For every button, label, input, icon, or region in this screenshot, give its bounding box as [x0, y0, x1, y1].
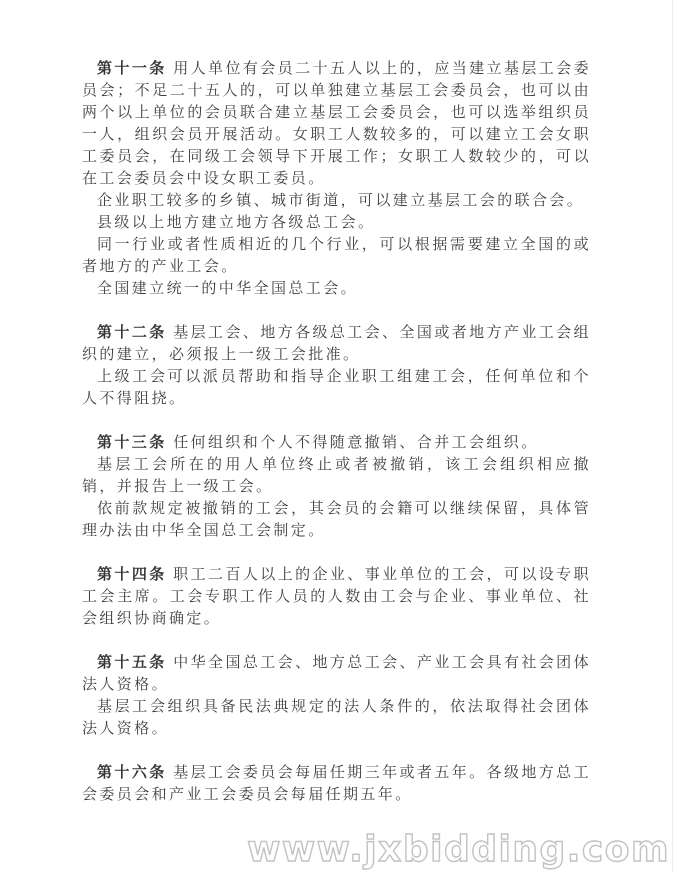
article-paragraph: 全国建立统一的中华全国总工会。 [82, 278, 591, 300]
document-content: 第十一条 用人单位有会员二十五人以上的，应当建立基层工会委员会；不足二十五人的，… [0, 0, 672, 806]
article-block: 第十六条 基层工会委员会每届任期三年或者五年。各级地方总工会委员会和产业工会委员… [82, 762, 591, 806]
article-paragraph: 第十五条 中华全国总工会、地方总工会、产业工会具有社会团体法人资格。 [82, 652, 591, 696]
article-paragraph: 企业职工较多的乡镇、城市街道，可以建立基层工会的联合会。 [82, 190, 591, 212]
article-paragraph: 第十三条 任何组织和个人不得随意撤销、合并工会组织。 [82, 432, 591, 454]
article-number: 第十六条 [97, 764, 167, 781]
article-number: 第十五条 [97, 654, 167, 671]
article-paragraph: 依前款规定被撤销的工会，其会员的会籍可以继续保留，具体管理办法由中华全国总工会制… [82, 498, 591, 542]
document-page: 第十一条 用人单位有会员二十五人以上的，应当建立基层工会委员会；不足二十五人的，… [0, 0, 673, 872]
article-paragraph: 县级以上地方建立地方各级总工会。 [82, 212, 591, 234]
article-paragraph: 基层工会所在的用人单位终止或者被撤销，该工会组织相应撤销，并报告上一级工会。 [82, 454, 591, 498]
article-paragraph: 上级工会可以派员帮助和指导企业职工组建工会，任何单位和个人不得阻挠。 [82, 366, 591, 410]
article-block: 第十二条 基层工会、地方各级总工会、全国或者地方产业工会组织的建立，必须报上一级… [82, 322, 591, 410]
article-number: 第十四条 [97, 566, 167, 583]
article-paragraph: 基层工会组织具备民法典规定的法人条件的，依法取得社会团体法人资格。 [82, 696, 591, 740]
article-paragraph: 第十二条 基层工会、地方各级总工会、全国或者地方产业工会组织的建立，必须报上一级… [82, 322, 591, 366]
article-block: 第十三条 任何组织和个人不得随意撤销、合并工会组织。基层工会所在的用人单位终止或… [82, 432, 591, 542]
watermark: www.jxbidding.com [247, 829, 670, 870]
article-paragraph: 同一行业或者性质相近的几个行业，可以根据需要建立全国的或者地方的产业工会。 [82, 234, 591, 278]
article-paragraph: 第十六条 基层工会委员会每届任期三年或者五年。各级地方总工会委员会和产业工会委员… [82, 762, 591, 806]
article-paragraph: 第十四条 职工二百人以上的企业、事业单位的工会，可以设专职工会主席。工会专职工作… [82, 564, 591, 630]
article-text: 用人单位有会员二十五人以上的，应当建立基层工会委员会；不足二十五人的，可以单独建… [82, 60, 591, 187]
article-block: 第十五条 中华全国总工会、地方总工会、产业工会具有社会团体法人资格。基层工会组织… [82, 652, 591, 740]
article-block: 第十一条 用人单位有会员二十五人以上的，应当建立基层工会委员会；不足二十五人的，… [82, 58, 591, 300]
article-number: 第十一条 [97, 60, 167, 77]
article-paragraph: 第十一条 用人单位有会员二十五人以上的，应当建立基层工会委员会；不足二十五人的，… [82, 58, 591, 190]
article-block: 第十四条 职工二百人以上的企业、事业单位的工会，可以设专职工会主席。工会专职工作… [82, 564, 591, 630]
article-number: 第十三条 [97, 434, 167, 451]
article-text: 任何组织和个人不得随意撤销、合并工会组织。 [173, 434, 538, 451]
article-number: 第十二条 [97, 324, 167, 341]
